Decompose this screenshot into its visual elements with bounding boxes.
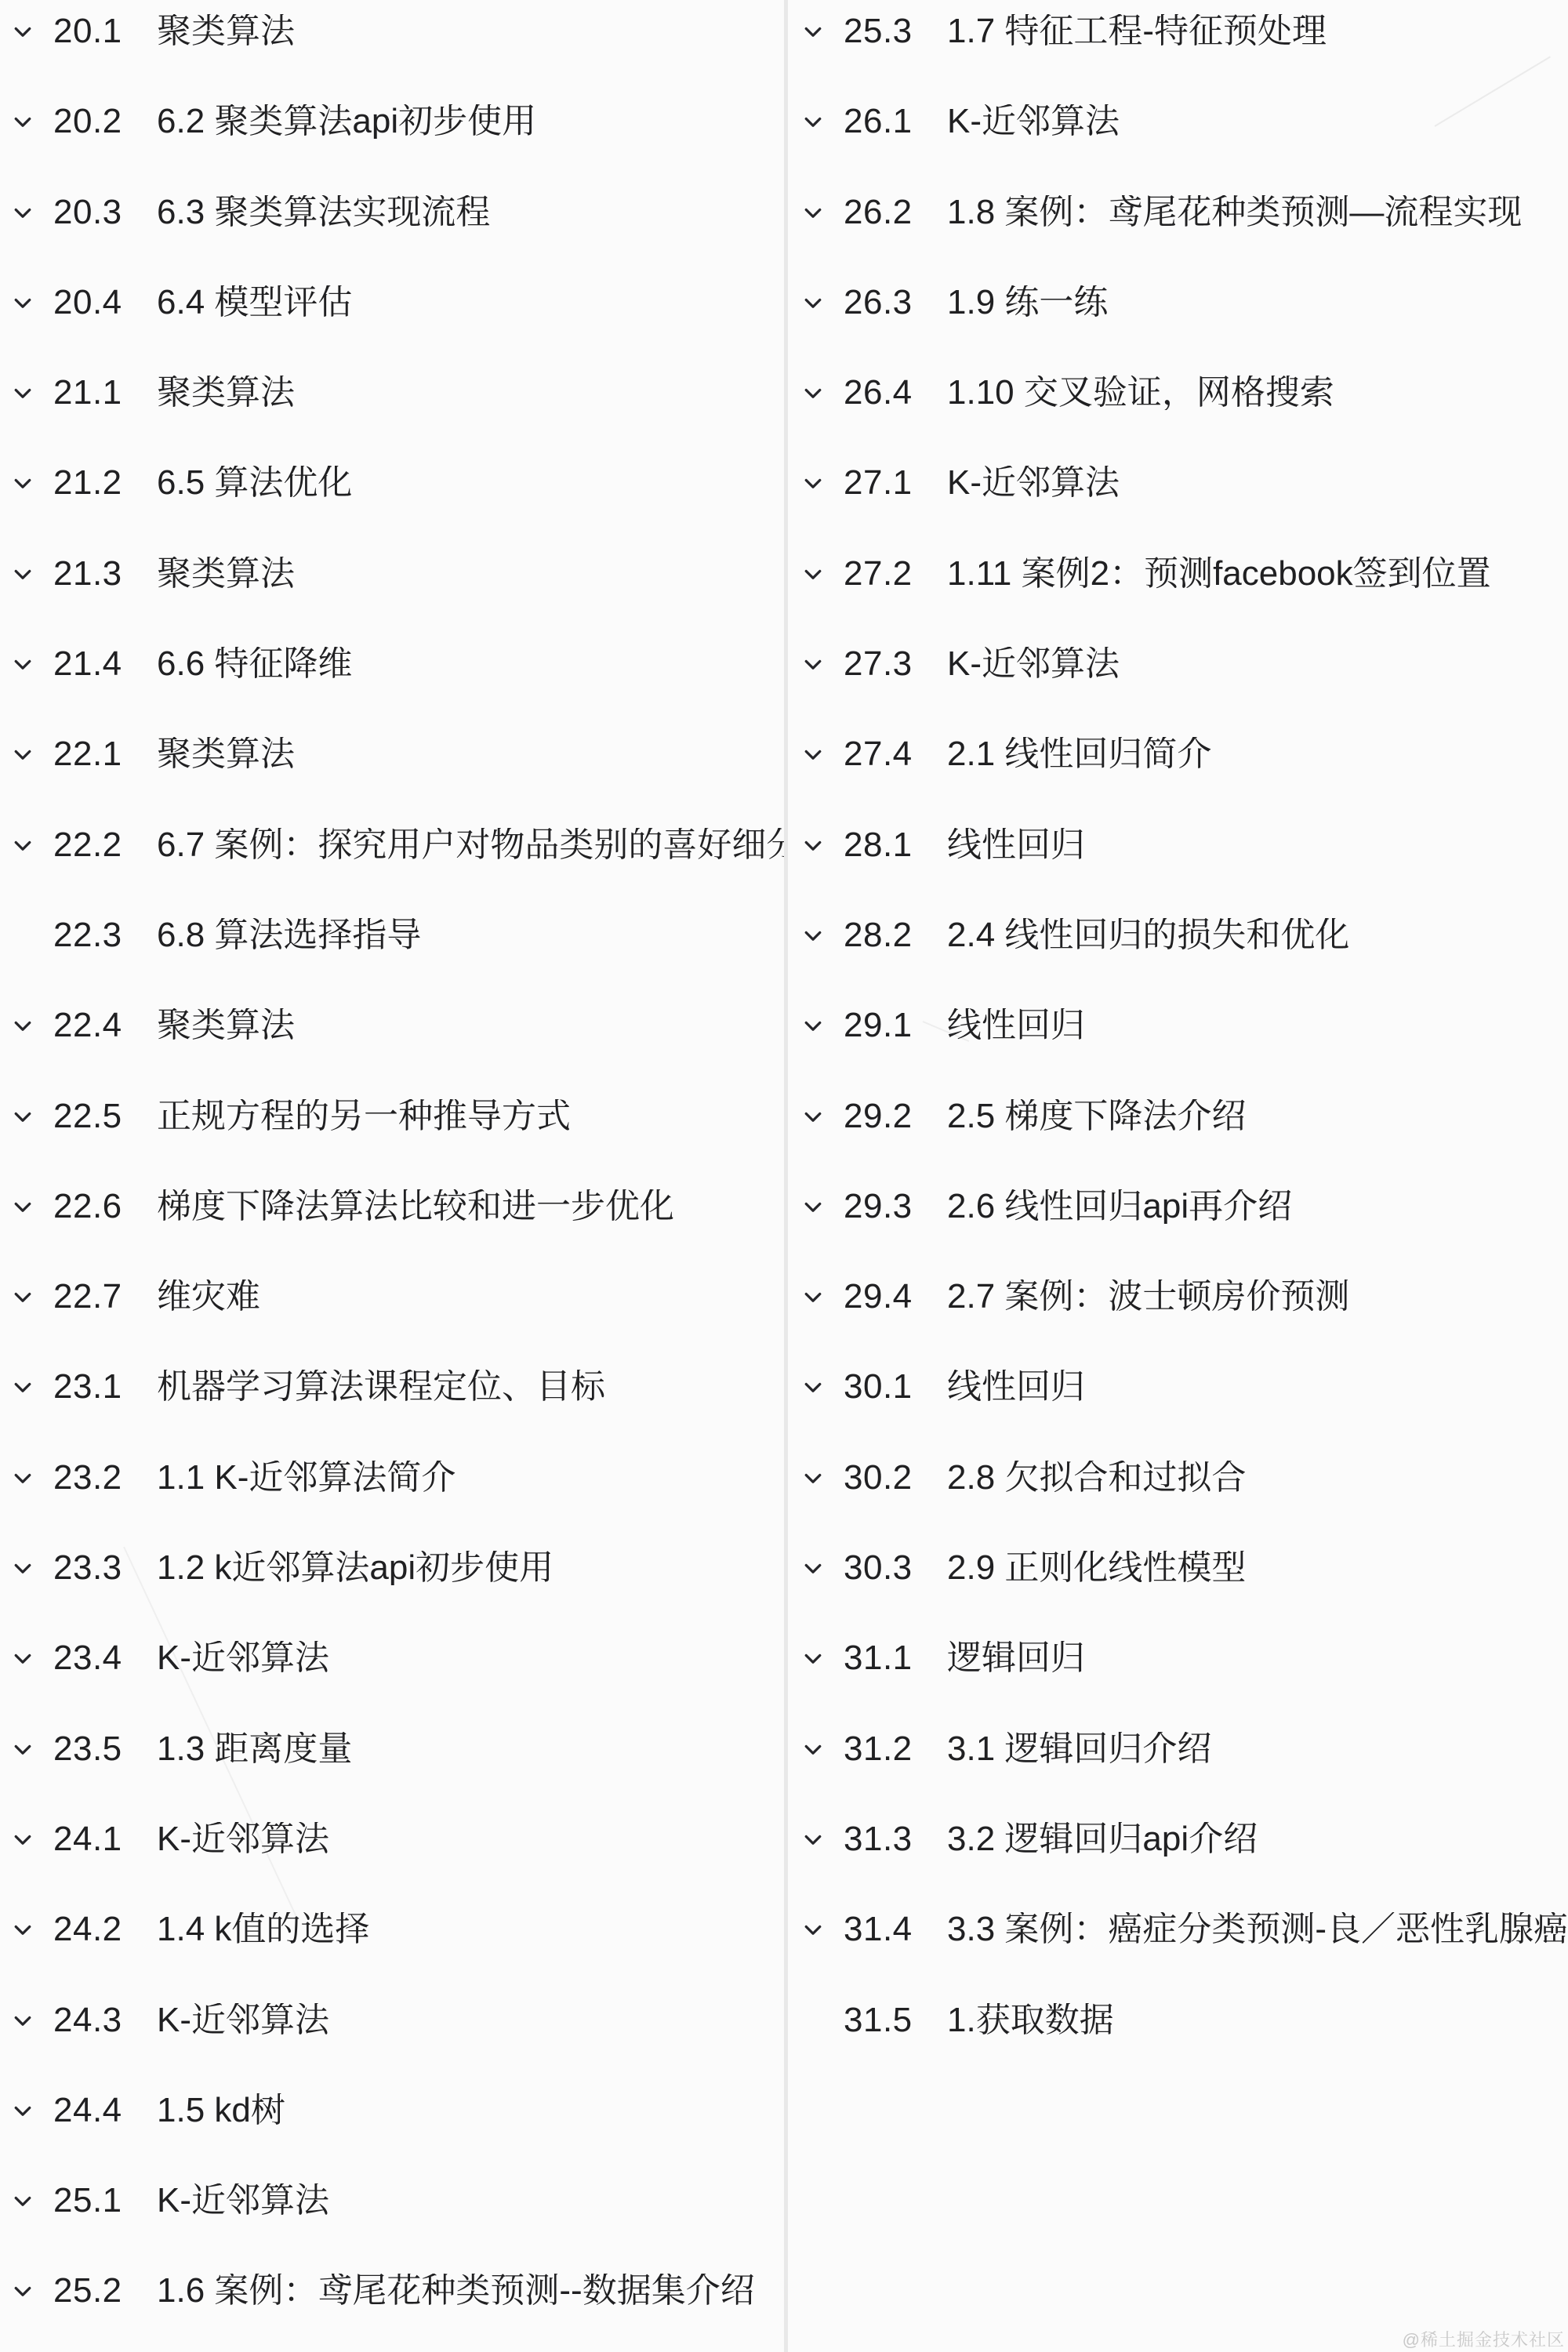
- chevron-down-icon[interactable]: [11, 1195, 34, 1218]
- toc-row[interactable]: 27.3 K-近邻算法: [790, 619, 1568, 709]
- section-number: 20.3: [53, 195, 157, 230]
- section-title: 线性回归: [947, 1370, 1568, 1404]
- toc-row[interactable]: 28.1 线性回归: [790, 800, 1568, 890]
- chevron-down-icon[interactable]: [801, 20, 825, 43]
- toc-row[interactable]: 26.1 K-近邻算法: [790, 77, 1568, 167]
- section-number: 26.2: [844, 195, 947, 230]
- section-number: 21.2: [53, 466, 157, 500]
- section-number: 21.3: [53, 557, 157, 591]
- section-number: 23.3: [53, 1551, 157, 1585]
- chevron-down-icon[interactable]: [11, 2279, 34, 2303]
- chevron-down-icon[interactable]: [11, 562, 34, 586]
- section-number: 24.3: [53, 2003, 157, 2038]
- section-number: 28.1: [844, 828, 947, 862]
- section-number: 26.3: [844, 285, 947, 320]
- section-number: 27.1: [844, 466, 947, 500]
- chevron-down-icon[interactable]: [11, 1285, 34, 1308]
- section-number: 22.6: [53, 1189, 157, 1224]
- toc-row[interactable]: 31.3 3.2 逻辑回归api介绍: [790, 1794, 1568, 1884]
- toc-row[interactable]: 23.3 1.2 k近邻算法api初步使用: [0, 1523, 784, 1613]
- chevron-down-icon[interactable]: [801, 471, 825, 495]
- section-title: 1.10 交叉验证，网格搜索: [947, 376, 1568, 410]
- chevron-down-icon[interactable]: [801, 1375, 825, 1399]
- section-number: 22.3: [53, 918, 157, 953]
- section-title: 正规方程的另一种推导方式: [157, 1099, 784, 1134]
- section-title: 聚类算法: [157, 14, 784, 49]
- chevron-down-icon[interactable]: [11, 1014, 34, 1037]
- chevron-down-icon[interactable]: [11, 20, 34, 43]
- chevron-down-icon[interactable]: [11, 1556, 34, 1580]
- section-number: 30.2: [844, 1461, 947, 1495]
- chevron-down-icon[interactable]: [11, 2099, 34, 2122]
- section-title: 1.7 特征工程-特征预处理: [947, 14, 1568, 49]
- chevron-down-icon[interactable]: [11, 1646, 34, 1670]
- toc-row[interactable]: 31.1 逻辑回归: [790, 1613, 1568, 1704]
- section-number: 30.1: [844, 1370, 947, 1404]
- section-title: 1.8 案例：鸢尾花种类预测—流程实现: [947, 195, 1568, 230]
- toc-row[interactable]: 30.1 线性回归: [790, 1342, 1568, 1432]
- section-number: 31.1: [844, 1641, 947, 1675]
- toc-row[interactable]: 29.2 2.5 梯度下降法介绍: [790, 1071, 1568, 1161]
- section-title: 1.2 k近邻算法api初步使用: [157, 1551, 784, 1585]
- section-number: 31.2: [844, 1732, 947, 1766]
- chevron-down-icon[interactable]: [11, 110, 34, 133]
- chevron-down-icon[interactable]: [11, 1105, 34, 1128]
- toc-row[interactable]: 30.3 2.9 正则化线性模型: [790, 1523, 1568, 1613]
- section-title: K-近邻算法: [947, 466, 1568, 500]
- toc-row[interactable]: 23.4 K-近邻算法: [0, 1613, 784, 1704]
- section-title: K-近邻算法: [947, 104, 1568, 139]
- section-number: 29.1: [844, 1008, 947, 1043]
- section-title: 2.5 梯度下降法介绍: [947, 1099, 1568, 1134]
- chevron-down-icon[interactable]: [801, 1556, 825, 1580]
- toc-row[interactable]: 31.5 1.获取数据: [790, 1975, 1568, 2065]
- toc-row[interactable]: 25.2 1.6 案例：鸢尾花种类预测--数据集介绍: [0, 2246, 784, 2336]
- section-title: 6.4 模型评估: [157, 285, 784, 320]
- section-title: 3.3 案例：癌症分类预测-良／恶性乳腺癌肿: [947, 1912, 1568, 1947]
- toc-row[interactable]: 23.2 1.1 K-近邻算法简介: [0, 1432, 784, 1523]
- watermark: @稀土掘金技术社区: [1403, 2327, 1565, 2351]
- section-number: 24.4: [53, 2093, 157, 2128]
- toc-row[interactable]: 21.3 聚类算法: [0, 528, 784, 619]
- chevron-down-icon[interactable]: [11, 652, 34, 676]
- section-number: 27.3: [844, 647, 947, 681]
- section-number: 23.5: [53, 1732, 157, 1766]
- chevron-down-icon[interactable]: [801, 652, 825, 676]
- section-number: 22.5: [53, 1099, 157, 1134]
- toc-row[interactable]: 21.2 6.5 算法优化: [0, 438, 784, 528]
- chevron-down-icon[interactable]: [801, 291, 825, 314]
- chevron-down-icon[interactable]: [801, 1195, 825, 1218]
- section-title: K-近邻算法: [157, 1822, 784, 1857]
- toc-row[interactable]: 30.2 2.8 欠拟合和过拟合: [790, 1432, 1568, 1523]
- section-title: 2.7 案例：波士顿房价预测: [947, 1279, 1568, 1314]
- chevron-down-icon[interactable]: [11, 1737, 34, 1761]
- chevron-down-icon[interactable]: [801, 833, 825, 857]
- section-title: 2.4 线性回归的损失和优化: [947, 918, 1568, 953]
- chevron-down-icon[interactable]: [11, 1918, 34, 1941]
- section-number: 23.2: [53, 1461, 157, 1495]
- section-title: 2.8 欠拟合和过拟合: [947, 1461, 1568, 1495]
- section-number: 31.4: [844, 1912, 947, 1947]
- toc-row[interactable]: 22.6 梯度下降法算法比较和进一步优化: [0, 1161, 784, 1251]
- chevron-down-icon[interactable]: [11, 201, 34, 224]
- section-title: 1.9 练一练: [947, 285, 1568, 320]
- toc-row[interactable]: 21.4 6.6 特征降维: [0, 619, 784, 709]
- section-title: 2.1 线性回归简介: [947, 737, 1568, 771]
- section-title: K-近邻算法: [157, 2003, 784, 2038]
- toc-row[interactable]: 24.4 1.5 kd树: [0, 2065, 784, 2155]
- section-number: 20.1: [53, 14, 157, 49]
- toc-row[interactable]: 20.4 6.4 模型评估: [0, 257, 784, 347]
- chevron-down-icon[interactable]: [11, 471, 34, 495]
- toc-row[interactable]: 24.1 K-近邻算法: [0, 1794, 784, 1884]
- section-number: 25.2: [53, 2274, 157, 2308]
- section-number: 22.4: [53, 1008, 157, 1043]
- section-number: 22.2: [53, 828, 157, 862]
- toc-row[interactable]: 26.3 1.9 练一练: [790, 257, 1568, 347]
- chevron-down-icon[interactable]: [801, 1646, 825, 1670]
- section-title: 聚类算法: [157, 557, 784, 591]
- toc-row[interactable]: 29.4 2.7 案例：波士顿房价预测: [790, 1252, 1568, 1342]
- section-number: 21.1: [53, 376, 157, 410]
- section-number: 25.1: [53, 2183, 157, 2218]
- section-number: 26.1: [844, 104, 947, 139]
- section-title: 6.3 聚类算法实现流程: [157, 195, 784, 230]
- toc-row[interactable]: 28.2 2.4 线性回归的损失和优化: [790, 890, 1568, 980]
- chevron-down-icon[interactable]: [801, 1737, 825, 1761]
- section-number: 25.3: [844, 14, 947, 49]
- section-number: 22.7: [53, 1279, 157, 1314]
- section-number: 23.1: [53, 1370, 157, 1404]
- section-number: 20.2: [53, 104, 157, 139]
- section-title: 1.5 kd树: [157, 2093, 784, 2128]
- section-title: 6.5 算法优化: [157, 466, 784, 500]
- toc-row[interactable]: 22.2 6.7 案例：探究用户对物品类别的喜好细分: [0, 800, 784, 890]
- section-number: 29.4: [844, 1279, 947, 1314]
- section-title: 线性回归: [947, 828, 1568, 862]
- chevron-down-icon[interactable]: [11, 2189, 34, 2212]
- chevron-down-icon[interactable]: [801, 381, 825, 405]
- toc-row[interactable]: 21.1 聚类算法: [0, 348, 784, 438]
- chevron-down-icon[interactable]: [801, 1466, 825, 1490]
- toc-row[interactable]: 24.2 1.4 k值的选择: [0, 1885, 784, 1975]
- chevron-down-icon[interactable]: [11, 381, 34, 405]
- section-number: 30.3: [844, 1551, 947, 1585]
- toc-row[interactable]: 31.4 3.3 案例：癌症分类预测-良／恶性乳腺癌肿: [790, 1885, 1568, 1975]
- section-title: 聚类算法: [157, 1008, 784, 1043]
- toc-row[interactable]: 20.1 聚类算法: [0, 0, 784, 77]
- chevron-down-icon[interactable]: [801, 924, 825, 947]
- section-title: 机器学习算法课程定位、目标: [157, 1370, 784, 1404]
- chevron-down-icon[interactable]: [11, 291, 34, 314]
- section-title: 逻辑回归: [947, 1641, 1568, 1675]
- section-title: K-近邻算法: [157, 1641, 784, 1675]
- section-title: 6.7 案例：探究用户对物品类别的喜好细分: [157, 828, 784, 862]
- section-title: 1.1 K-近邻算法简介: [157, 1461, 784, 1495]
- section-title: 3.2 逻辑回归api介绍: [947, 1822, 1568, 1857]
- toc-row[interactable]: 27.4 2.1 线性回归简介: [790, 710, 1568, 800]
- toc-row[interactable]: 31.2 3.1 逻辑回归介绍: [790, 1704, 1568, 1794]
- toc-row[interactable]: 22.4 聚类算法: [0, 981, 784, 1071]
- toc-row[interactable]: 26.4 1.10 交叉验证，网格搜索: [790, 348, 1568, 438]
- section-number: 23.4: [53, 1641, 157, 1675]
- chevron-down-icon[interactable]: [11, 742, 34, 766]
- chevron-down-icon[interactable]: [801, 110, 825, 133]
- toc-row[interactable]: 26.2 1.8 案例：鸢尾花种类预测—流程实现: [790, 167, 1568, 257]
- section-title: 1.6 案例：鸢尾花种类预测--数据集介绍: [157, 2274, 784, 2308]
- section-title: 梯度下降法算法比较和进一步优化: [157, 1189, 784, 1224]
- toc-column-right: 25.3 1.7 特征工程-特征预处理 26.1 K-近邻算法 26.2 1.8…: [790, 0, 1568, 2352]
- toc-row[interactable]: 23.1 机器学习算法课程定位、目标: [0, 1342, 784, 1432]
- chevron-down-icon[interactable]: [801, 562, 825, 586]
- section-title: 6.6 特征降维: [157, 647, 784, 681]
- chevron-down-icon[interactable]: [11, 1828, 34, 1851]
- toc-row[interactable]: 20.3 6.3 聚类算法实现流程: [0, 167, 784, 257]
- toc-column-left: 20.1 聚类算法 20.2 6.2 聚类算法api初步使用 20.3 6.3 …: [0, 0, 784, 2352]
- section-title: 1.获取数据: [947, 2003, 1568, 2038]
- section-title: 2.6 线性回归api再介绍: [947, 1189, 1568, 1224]
- toc-row[interactable]: 23.5 1.3 距离度量: [0, 1704, 784, 1794]
- chevron-down-icon[interactable]: [11, 833, 34, 857]
- section-number: 29.2: [844, 1099, 947, 1134]
- toc-row[interactable]: 25.3 1.7 特征工程-特征预处理: [790, 0, 1568, 77]
- section-title: 3.1 逻辑回归介绍: [947, 1732, 1568, 1766]
- chevron-down-icon[interactable]: [801, 1285, 825, 1308]
- section-number: 28.2: [844, 918, 947, 953]
- section-number: 27.2: [844, 557, 947, 591]
- section-number: 31.3: [844, 1822, 947, 1857]
- section-title: 聚类算法: [157, 376, 784, 410]
- toc-row[interactable]: 27.2 1.11 案例2：预测facebook签到位置: [790, 528, 1568, 619]
- section-title: 6.8 算法选择指导: [157, 918, 784, 953]
- toc-row[interactable]: 24.3 K-近邻算法: [0, 1975, 784, 2065]
- toc-row[interactable]: 29.3 2.6 线性回归api再介绍: [790, 1161, 1568, 1251]
- toc-row[interactable]: 22.3 6.8 算法选择指导: [0, 890, 784, 980]
- chevron-down-icon[interactable]: [801, 742, 825, 766]
- section-title: 1.3 距离度量: [157, 1732, 784, 1766]
- toc-row[interactable]: 22.1 聚类算法: [0, 710, 784, 800]
- section-number: 20.4: [53, 285, 157, 320]
- section-title: 维灾难: [157, 1279, 784, 1314]
- chevron-down-icon[interactable]: [801, 1828, 825, 1851]
- chevron-down-icon[interactable]: [801, 1014, 825, 1037]
- section-number: 26.4: [844, 376, 947, 410]
- chevron-down-icon[interactable]: [11, 2009, 34, 2032]
- section-title: 2.9 正则化线性模型: [947, 1551, 1568, 1585]
- toc-row[interactable]: 22.7 维灾难: [0, 1252, 784, 1342]
- chevron-down-icon[interactable]: [801, 1105, 825, 1128]
- toc-row[interactable]: 22.5 正规方程的另一种推导方式: [0, 1071, 784, 1161]
- chevron-down-icon[interactable]: [11, 1375, 34, 1399]
- section-number: 29.3: [844, 1189, 947, 1224]
- chevron-down-icon[interactable]: [801, 201, 825, 224]
- section-number: 24.2: [53, 1912, 157, 1947]
- section-title: 线性回归: [947, 1008, 1568, 1043]
- chevron-down-icon[interactable]: [11, 1466, 34, 1490]
- section-number: 24.1: [53, 1822, 157, 1857]
- section-number: 21.4: [53, 647, 157, 681]
- toc-row[interactable]: 20.2 6.2 聚类算法api初步使用: [0, 77, 784, 167]
- toc-row[interactable]: 29.1 线性回归: [790, 981, 1568, 1071]
- section-title: K-近邻算法: [157, 2183, 784, 2218]
- section-title: K-近邻算法: [947, 647, 1568, 681]
- section-title: 聚类算法: [157, 737, 784, 771]
- toc-row[interactable]: 25.1 K-近邻算法: [0, 2155, 784, 2245]
- section-number: 22.1: [53, 737, 157, 771]
- chevron-down-icon[interactable]: [801, 1918, 825, 1941]
- section-title: 6.2 聚类算法api初步使用: [157, 104, 784, 139]
- column-divider: [784, 0, 788, 2352]
- toc-column-left-list: 20.1 聚类算法 20.2 6.2 聚类算法api初步使用 20.3 6.3 …: [0, 0, 784, 2336]
- section-number: 31.5: [844, 2003, 947, 2038]
- toc-column-right-list: 25.3 1.7 特征工程-特征预处理 26.1 K-近邻算法 26.2 1.8…: [790, 0, 1568, 2065]
- section-title: 1.4 k值的选择: [157, 1912, 784, 1947]
- section-title: 1.11 案例2：预测facebook签到位置: [947, 557, 1568, 591]
- toc-row[interactable]: 27.1 K-近邻算法: [790, 438, 1568, 528]
- section-number: 27.4: [844, 737, 947, 771]
